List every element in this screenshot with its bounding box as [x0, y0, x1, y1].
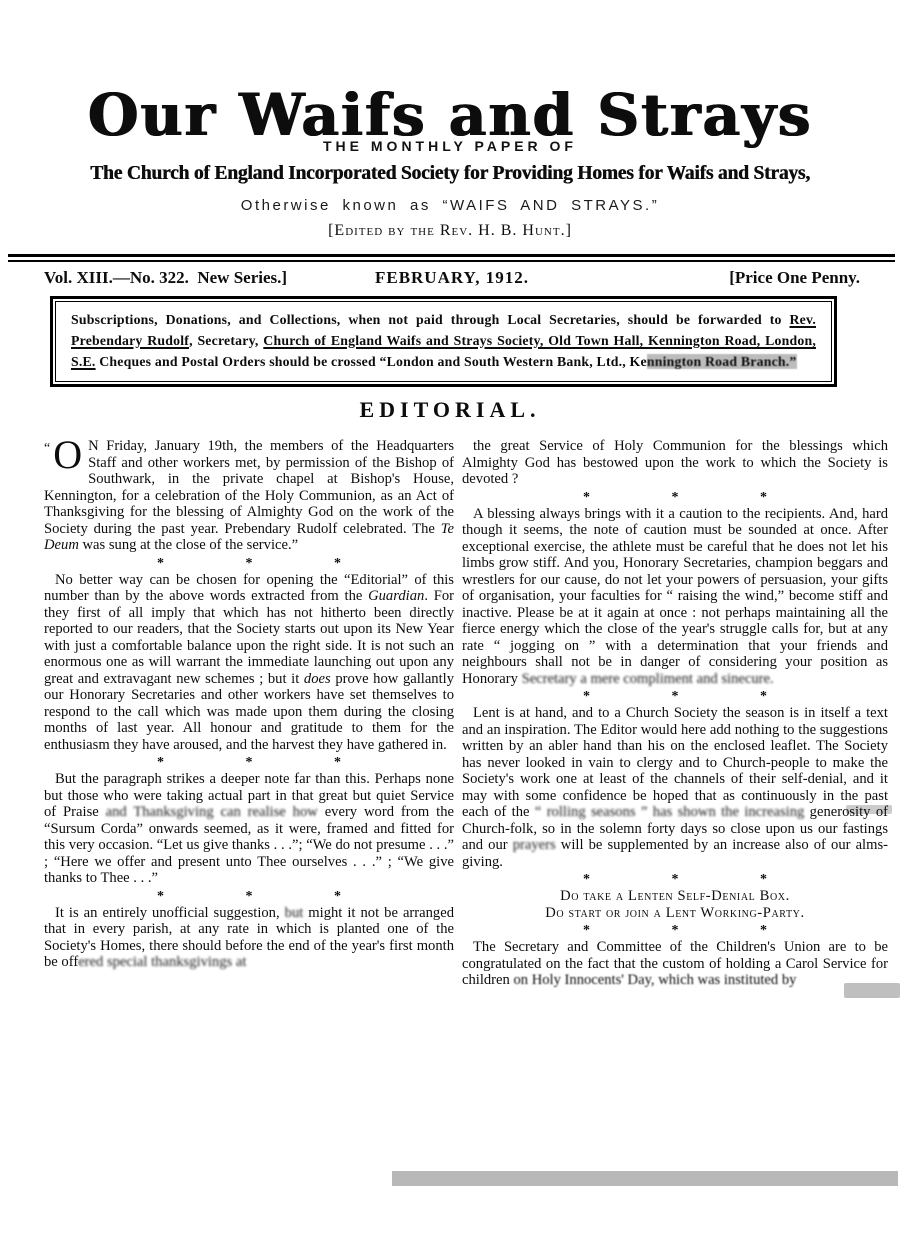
paragraph: the great Service of Holy Communion for … [462, 438, 888, 488]
section-separator: * * * [462, 691, 888, 703]
paragraph: It is an entirely unofficial suggestion,… [44, 905, 454, 971]
paragraph: The Secretary and Committee of the Child… [462, 939, 888, 989]
text-segment: Cheques and Postal Orders should be cros… [96, 354, 647, 369]
issue-line: Vol. XIII.—No. 322. New Series.] FEBRUAR… [44, 268, 860, 288]
subscription-notice-box: Subscriptions, Donations, and Collection… [50, 296, 837, 387]
subscription-notice-inner: Subscriptions, Donations, and Collection… [55, 301, 832, 382]
text-segment: , Secretary, [189, 333, 263, 348]
paragraph: No better way can be chosen for opening … [44, 572, 454, 754]
text-segment: “ rolling seasons ” has shown the increa… [535, 804, 804, 820]
paragraph: Lent is at hand, and to a Church Society… [462, 705, 888, 870]
small-caps-line: Do start or join a Lent Working-Party. [462, 905, 888, 922]
text-segment: on Holy Innocents' Day, which was instit… [513, 972, 796, 988]
text-segment: Secretary a mere compliment and sinecure… [522, 671, 774, 687]
small-caps-line: Do take a Lenten Self-Denial Box. [462, 888, 888, 905]
editor-line: [Edited by the Rev. H. B. Hunt.] [0, 222, 900, 240]
section-separator: * * * [44, 558, 454, 570]
issue-price: [Price One Penny. [529, 268, 860, 288]
section-separator: * * * [462, 925, 888, 937]
left-column: “ON Friday, January 19th, the members of… [44, 438, 454, 989]
drop-cap: “O [44, 439, 82, 473]
small-caps-notice: Do take a Lenten Self-Denial Box.Do star… [462, 888, 888, 921]
open-quote: “ [44, 441, 50, 456]
issue-date: FEBRUARY, 1912. [375, 268, 529, 288]
subscription-notice-text: Subscriptions, Donations, and Collection… [71, 309, 816, 372]
society-name-line: The Church of England Incorporated Socie… [0, 163, 900, 185]
text-segment: It is an entirely unofficial suggestion, [55, 905, 285, 921]
text-segment: A blessing always brings with it a cauti… [462, 506, 888, 687]
text-segment: Lent is at hand, and to a Church Society… [462, 705, 888, 820]
text-segment: and Thanksgiving can realise how [106, 804, 318, 820]
text-segment: but [285, 905, 304, 921]
text-segment: the great Service of Holy Communion for … [462, 438, 888, 487]
paragraph: A blessing always brings with it a cauti… [462, 506, 888, 688]
text-segment: prayers [513, 837, 556, 853]
text-segment: Subscriptions, Donations, and Collection… [71, 312, 790, 327]
article-columns: “ON Friday, January 19th, the members of… [44, 438, 888, 989]
text-segment: ered special thanksgivings at [78, 954, 246, 970]
volume-text: Vol. XIII.—No. 322. [44, 268, 189, 287]
paragraph: “ON Friday, January 19th, the members of… [44, 438, 454, 554]
text-segment: does [304, 671, 331, 687]
series-text: New Series.] [197, 268, 287, 287]
section-separator: * * * [462, 492, 888, 504]
drop-cap-letter: O [53, 432, 82, 477]
text-segment: Guardian [368, 588, 424, 604]
scanned-newspaper-page: Our Waifs and Strays THE MONTHLY PAPER O… [0, 0, 900, 1241]
section-separator: * * * [462, 874, 888, 886]
paragraph: But the paragraph strikes a deeper note … [44, 771, 454, 887]
divider-rule [8, 254, 895, 262]
section-separator: * * * [44, 757, 454, 769]
masthead-subtitle: THE MONTHLY PAPER OF [0, 138, 900, 154]
volume-number: Vol. XIII.—No. 322. New Series.] [44, 268, 375, 288]
scan-smudge-band [392, 1171, 898, 1186]
right-column: the great Service of Holy Communion for … [462, 438, 888, 989]
editorial-heading: EDITORIAL. [0, 397, 900, 423]
section-separator: * * * [44, 891, 454, 903]
text-segment: was sung at the close of the service.” [79, 537, 298, 553]
text-segment: nnington Road Branch.” [647, 354, 797, 369]
text-segment: N Friday, January 19th, the members of t… [44, 438, 454, 537]
aka-line: Otherwise known as “WAIFS AND STRAYS.” [0, 197, 900, 214]
